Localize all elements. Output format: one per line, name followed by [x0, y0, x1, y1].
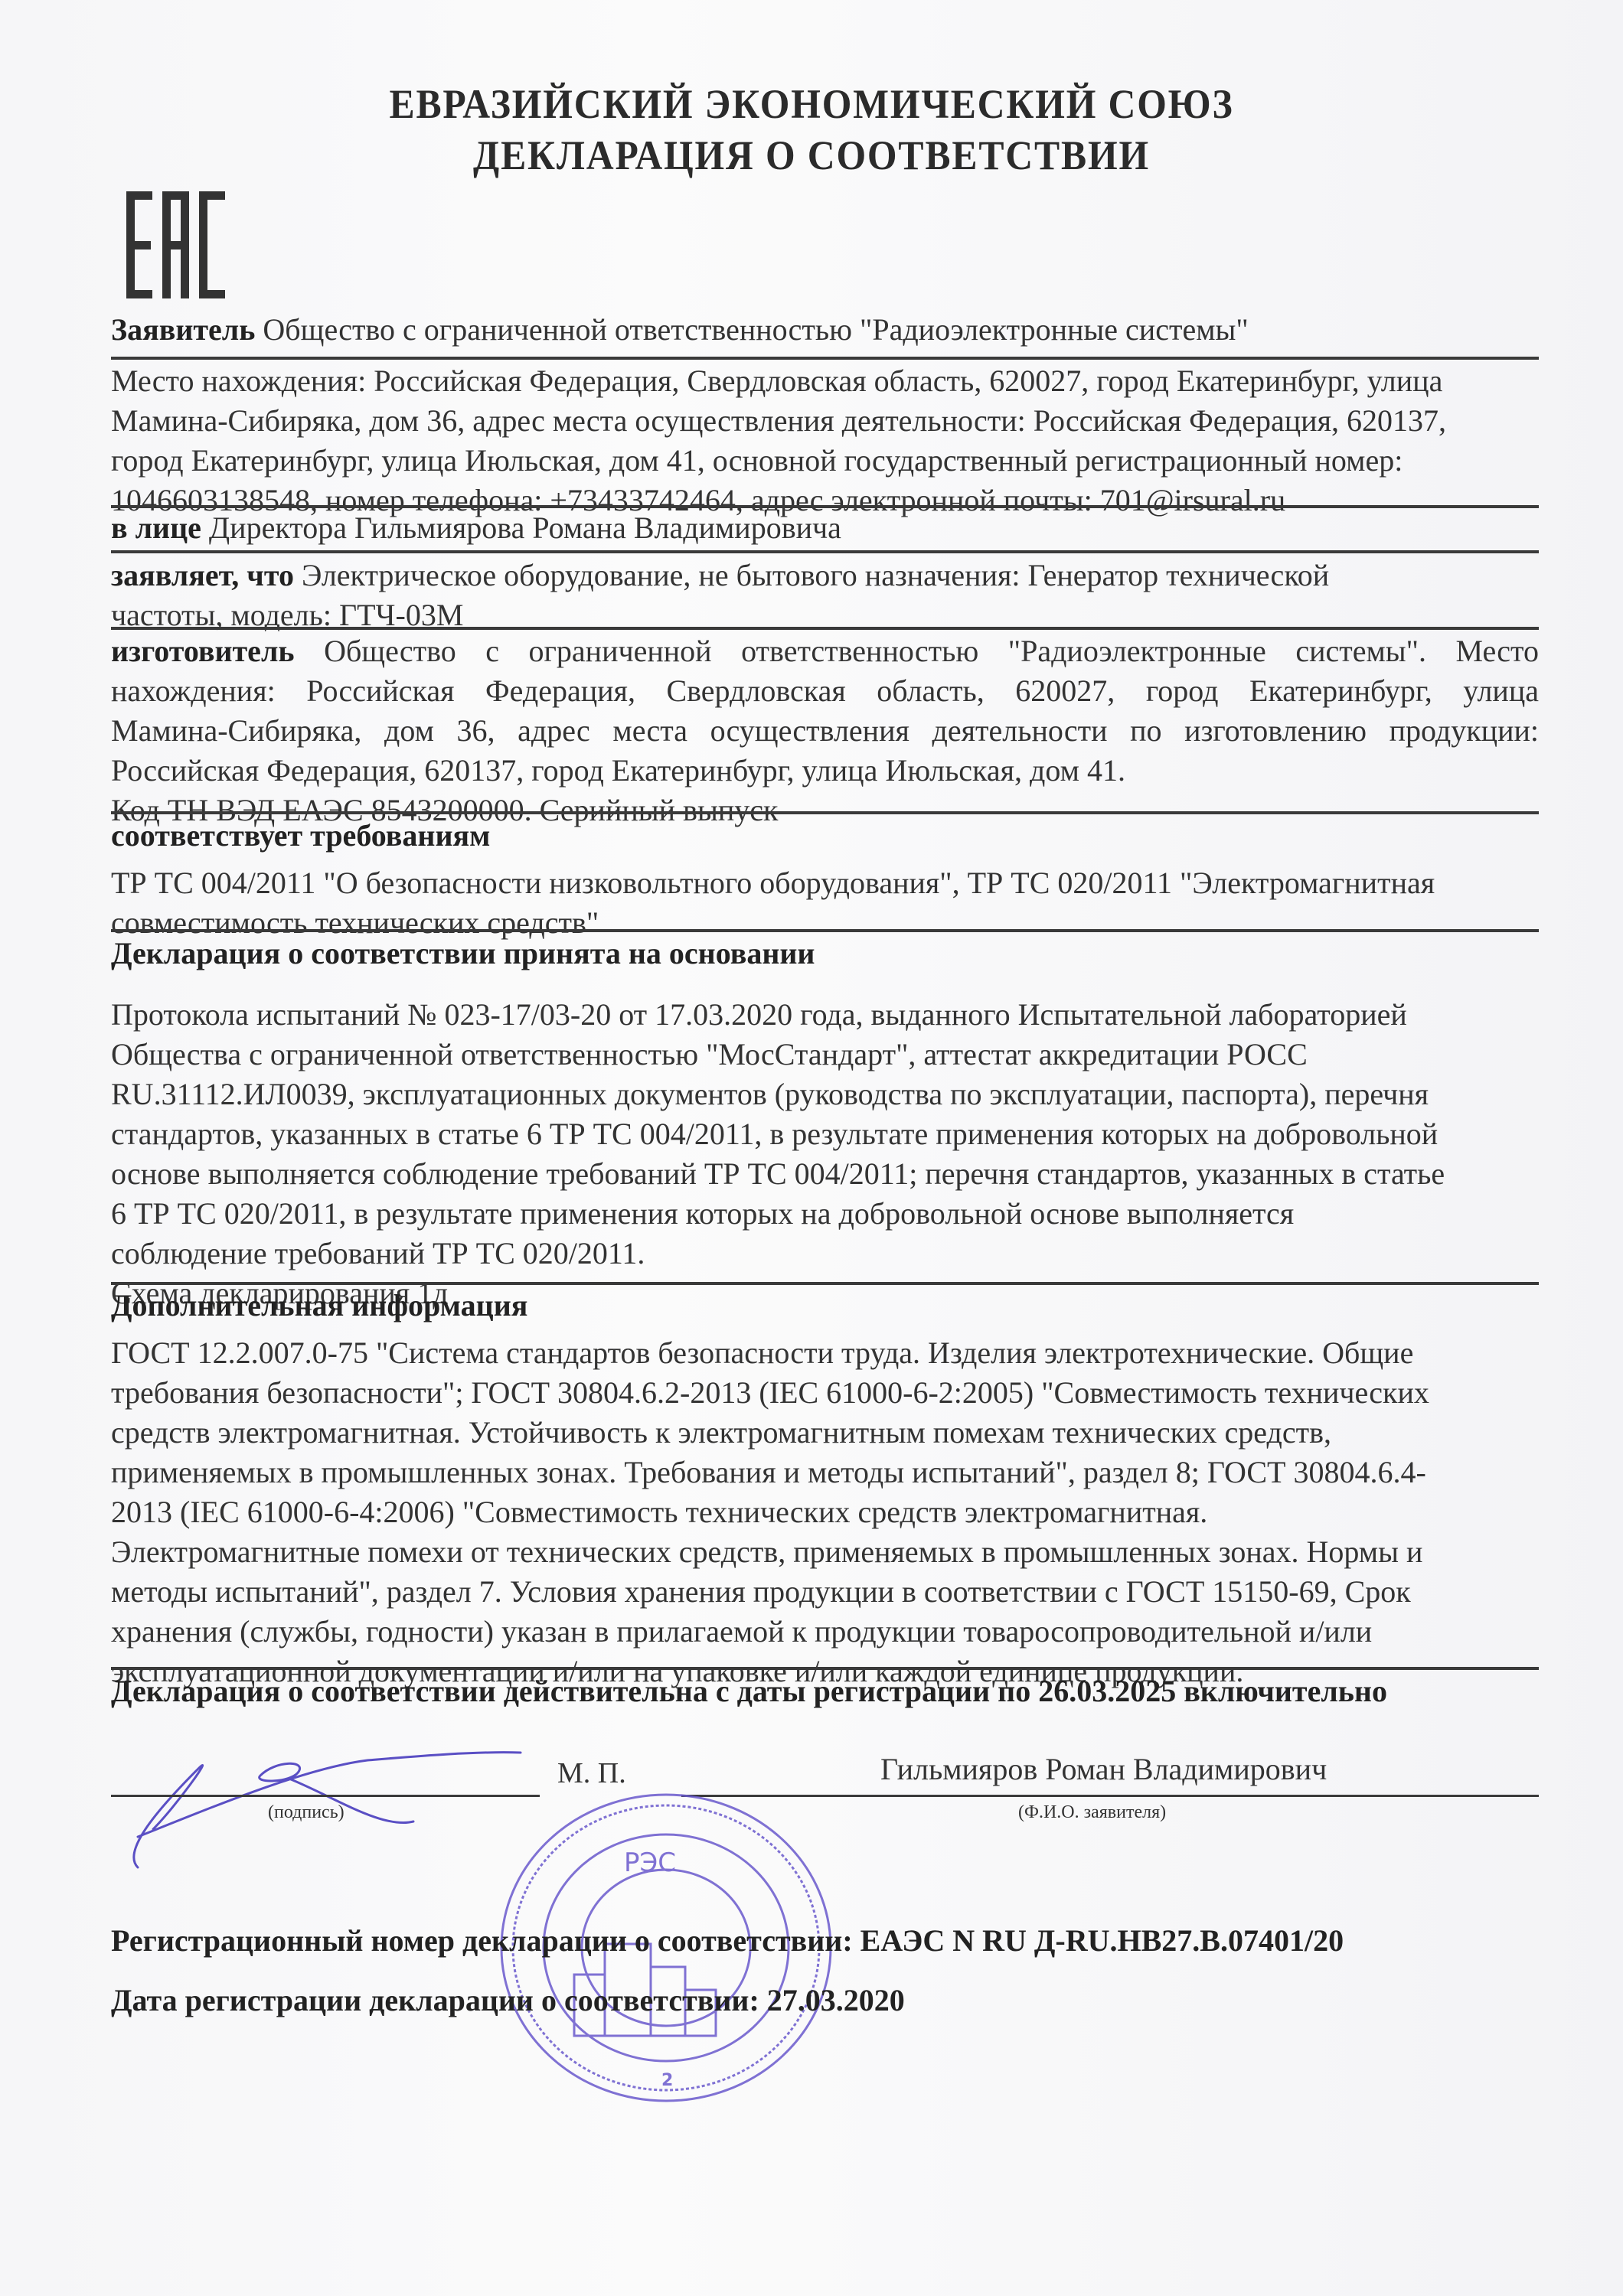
- manufacturer-line: Мамина-Сибиряка, дом 36, адрес места осу…: [111, 711, 1539, 751]
- declaration-page: ЕВРАЗИЙСКИЙ ЭКОНОМИЧЕСКИЙ СОЮЗ ДЕКЛАРАЦИ…: [0, 0, 1623, 2296]
- basis-label: Декларация о соответствии принята на осн…: [111, 934, 1539, 974]
- registration-number-value: ЕАЭС N RU Д-RU.НВ27.В.07401/20: [860, 1923, 1344, 1958]
- signature-line: [111, 1795, 540, 1797]
- registration-date-value: 27.03.2020: [767, 1983, 905, 2017]
- header-declaration-title: ДЕКЛАРАЦИЯ О СООТВЕТСТВИИ: [65, 132, 1558, 179]
- manufacturer-label: изготовитель: [111, 634, 295, 668]
- registration-date-label: Дата регистрации декларации о соответств…: [111, 1983, 759, 2017]
- manufacturer-line: нахождения: Российская Федерация, Свердл…: [111, 671, 1539, 711]
- divider: [111, 811, 1539, 814]
- basis-line: соблюдение требований ТР ТС 020/2011.: [111, 1234, 1539, 1274]
- basis-line: 6 ТР ТС 020/2011, в результате применени…: [111, 1194, 1539, 1234]
- divider: [111, 627, 1539, 630]
- requirements-line: ТР ТС 004/2011 "О безопасности низковоль…: [111, 863, 1539, 903]
- declares-section: заявляет, что Электрическое оборудование…: [111, 556, 1539, 635]
- registration-number-label: Регистрационный номер декларации о соотв…: [111, 1923, 853, 1958]
- additional-info-line: Электромагнитные помехи от технических с…: [111, 1532, 1539, 1572]
- location-section: Место нахождения: Российская Федерация, …: [111, 361, 1539, 520]
- additional-info-line: ГОСТ 12.2.007.0-75 "Система стандартов б…: [111, 1333, 1539, 1373]
- additional-info-label: Дополнительная информация: [111, 1286, 1539, 1326]
- applicant-label: Заявитель: [111, 312, 255, 347]
- additional-info-line: средств электромагнитная. Устойчивость к…: [111, 1413, 1539, 1453]
- divider: [111, 1667, 1539, 1670]
- basis-section: Декларация о соответствии принята на осн…: [111, 934, 1539, 1313]
- stamp-number: 2: [661, 2071, 673, 2090]
- stamp-abbr: РЭС: [624, 1848, 676, 1878]
- validity-statement: Декларация о соответствии действительна …: [111, 1673, 1539, 1709]
- declares-label: заявляет, что: [111, 558, 294, 592]
- divider: [111, 357, 1539, 360]
- represented-by-value: Директора Гильмиярова Романа Владимирови…: [209, 510, 841, 545]
- basis-line: RU.31112.ИЛ0039, эксплуатационных докуме…: [111, 1075, 1539, 1114]
- location-line: Мамина-Сибиряка, дом 36, адрес места осу…: [111, 401, 1539, 441]
- registration-date-row: Дата регистрации декларации о соответств…: [111, 1982, 1539, 2018]
- registration-number-row: Регистрационный номер декларации о соотв…: [111, 1923, 1539, 1958]
- additional-info-line: методы испытаний", раздел 7. Условия хра…: [111, 1572, 1539, 1612]
- basis-line: стандартов, указанных в статье 6 ТР ТС 0…: [111, 1114, 1539, 1154]
- manufacturer-line: Общество с ограниченной ответственностью…: [324, 634, 1539, 668]
- applicant-row: Заявитель Общество с ограниченной ответс…: [111, 310, 1539, 350]
- location-line: Место нахождения: Российская Федерация, …: [111, 361, 1539, 401]
- divider: [111, 929, 1539, 932]
- additional-info-line: применяемых в промышленных зонах. Требов…: [111, 1453, 1539, 1492]
- represented-by-label: в лице: [111, 510, 201, 545]
- header-union-title: ЕВРАЗИЙСКИЙ ЭКОНОМИЧЕСКИЙ СОЮЗ: [65, 80, 1558, 128]
- signature-caption: (подпись): [268, 1802, 345, 1823]
- name-caption: (Ф.И.О. заявителя): [1018, 1802, 1166, 1823]
- declares-product: Электрическое оборудование, не бытового …: [302, 558, 1329, 592]
- basis-line: Общества с ограниченной ответственностью…: [111, 1035, 1539, 1075]
- location-line: город Екатеринбург, улица Июльская, дом …: [111, 441, 1539, 481]
- manufacturer-line: Российская Федерация, 620137, город Екат…: [111, 751, 1539, 791]
- additional-info-line: хранения (службы, годности) указан в при…: [111, 1612, 1539, 1652]
- requirements-label: соответствует требованиям: [111, 816, 1539, 856]
- eac-logo-icon: [122, 188, 237, 302]
- divider: [111, 550, 1539, 553]
- applicant-value: Общество с ограниченной ответственностью…: [263, 312, 1248, 347]
- divider: [111, 1282, 1539, 1285]
- represented-by-row: в лице Директора Гильмиярова Романа Влад…: [111, 508, 1539, 548]
- requirements-section: соответствует требованиям ТР ТС 004/2011…: [111, 816, 1539, 943]
- additional-info-section: Дополнительная информация ГОСТ 12.2.007.…: [111, 1286, 1539, 1691]
- basis-line: Протокола испытаний № 023-17/03-20 от 17…: [111, 995, 1539, 1035]
- manufacturer-section: изготовитель Общество с ограниченной отв…: [111, 631, 1539, 830]
- applicant-full-name: Гильмияров Роман Владимирович: [880, 1751, 1327, 1787]
- basis-line: основе выполняется соблюдение требований…: [111, 1154, 1539, 1194]
- additional-info-line: 2013 (IEC 61000-6-4:2006) "Совместимость…: [111, 1492, 1539, 1532]
- additional-info-line: требования безопасности"; ГОСТ 30804.6.2…: [111, 1373, 1539, 1413]
